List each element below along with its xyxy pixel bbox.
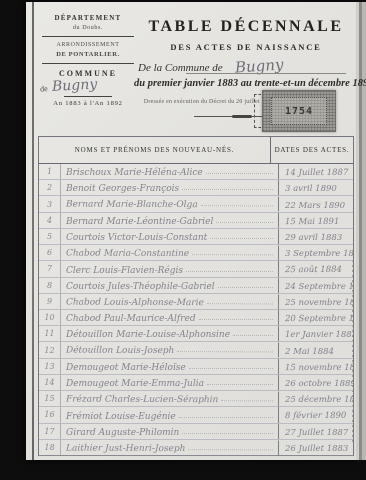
row-name-cell: Demougeot Marie-Héloïse bbox=[61, 359, 279, 374]
row-name: Girard Auguste-Philomin bbox=[66, 428, 179, 438]
row-name: Frémiot Louise-Eugénie bbox=[66, 412, 176, 422]
arrondissement-label: ARRONDISSEMENT bbox=[38, 42, 138, 48]
table-row: 15 Frézard Charles-Lucien-Séraphin 25 dé… bbox=[39, 391, 353, 407]
row-name-cell: Clerc Louis-Flavien-Régis bbox=[61, 261, 279, 276]
page-stack-edge bbox=[362, 2, 366, 460]
table-row: 12 Détouillon Louis-Joseph 2 Mai 1884 bbox=[39, 342, 353, 358]
dotted-leader bbox=[177, 352, 273, 353]
row-date: 3 avril 1890 bbox=[279, 180, 353, 195]
row-number: 15 bbox=[39, 391, 61, 406]
row-date: 20 Septembre 1888 bbox=[279, 310, 353, 326]
table-row: 4 Bernard Marie-Léontine-Gabriel 15 Mai … bbox=[39, 213, 353, 229]
row-name: Chabod Paul-Maurice-Alfred bbox=[66, 314, 196, 324]
dotted-leader bbox=[199, 319, 273, 320]
row-date: 25 août 1884 bbox=[279, 261, 353, 277]
row-number: 5 bbox=[39, 229, 61, 244]
row-name-cell: Chabod Louis-Alphonse-Marie bbox=[61, 293, 279, 309]
row-name-cell: Brischoux Marie-Héléna-Alice bbox=[61, 164, 279, 179]
arrondissement-value: DE PONTARLIER. bbox=[38, 51, 138, 58]
revenue-stamp: 1754 bbox=[262, 90, 336, 132]
row-number: 1 bbox=[39, 164, 61, 179]
row-name-cell: Courtois Victor-Louis-Constant bbox=[61, 229, 279, 244]
row-date: 8 février 1890 bbox=[279, 407, 353, 423]
dotted-leader bbox=[206, 173, 273, 174]
row-name-cell: Chabod Paul-Maurice-Alfred bbox=[61, 310, 279, 325]
table-row: 2 Benoit Georges-François 3 avril 1890 bbox=[39, 180, 353, 196]
row-date: 27 Juillet 1887 bbox=[279, 424, 353, 439]
page-title: TABLE DÉCENNALE bbox=[144, 18, 348, 36]
row-number: 16 bbox=[39, 407, 61, 422]
dotted-leader bbox=[210, 238, 273, 239]
table-row: 18 Laithier Just-Henri-Joseph 26 Juillet… bbox=[39, 440, 353, 455]
row-date: 1er Janvier 1883 bbox=[279, 326, 353, 341]
row-name: Courtois Victor-Louis-Constant bbox=[66, 233, 207, 243]
row-name: Frézard Charles-Lucien-Séraphin bbox=[66, 395, 218, 406]
page-stack-edge bbox=[356, 2, 359, 460]
dotted-leader bbox=[207, 303, 273, 304]
binding-rule bbox=[32, 2, 34, 460]
row-date: 2 Mai 1884 bbox=[279, 342, 353, 357]
stamp-bracket bbox=[254, 94, 261, 128]
row-name: Détouillon Louis-Joseph bbox=[66, 346, 174, 356]
divider bbox=[64, 96, 112, 97]
ornament-center bbox=[232, 115, 252, 118]
departement-value: du Doubs. bbox=[38, 25, 138, 31]
row-name: Chabod Louis-Alphonse-Marie bbox=[66, 298, 204, 309]
row-name: Courtois Jules-Théophile-Gabriel bbox=[66, 282, 215, 292]
document-page: DÉPARTEMENT du Doubs. ARRONDISSEMENT DE … bbox=[26, 2, 356, 460]
row-number: 8 bbox=[39, 278, 61, 293]
row-name: Laithier Just-Henri-Joseph bbox=[66, 443, 185, 454]
row-name-cell: Laithier Just-Henri-Joseph bbox=[61, 439, 279, 455]
departement-label: DÉPARTEMENT bbox=[38, 14, 138, 22]
page-stack-edge bbox=[359, 2, 362, 460]
commune-de: de bbox=[40, 84, 48, 93]
row-number: 14 bbox=[39, 375, 61, 390]
dotted-leader bbox=[216, 222, 273, 223]
page-subtitle: DES ACTES DE NAISSANCE bbox=[144, 42, 348, 52]
row-name: Clerc Louis-Flavien-Régis bbox=[66, 266, 183, 276]
margin-header-block: DÉPARTEMENT du Doubs. ARRONDISSEMENT DE … bbox=[38, 14, 138, 107]
commune-name-script: Bugny bbox=[52, 77, 98, 95]
dotted-leader bbox=[188, 449, 273, 450]
row-date: 26 Juillet 1883 bbox=[279, 440, 353, 455]
row-number: 13 bbox=[39, 359, 61, 374]
row-name-cell: Bernard Marie-Léontine-Gabriel bbox=[61, 213, 279, 228]
row-date: 25 novembre 1886 bbox=[279, 294, 353, 309]
dotted-leader bbox=[192, 254, 273, 255]
table-row: 1 Brischoux Marie-Héléna-Alice 14 Juille… bbox=[39, 164, 353, 180]
dotted-leader bbox=[233, 335, 273, 336]
table-row: 14 Demougeot Marie-Emma-Julia 26 octobre… bbox=[39, 375, 353, 391]
row-date: 14 Juillet 1887 bbox=[279, 164, 353, 180]
row-name-cell: Détouillon Marie-Louise-Alphonsine bbox=[61, 326, 279, 341]
row-date: 24 Septembre 1884 bbox=[279, 278, 353, 293]
row-name-cell: Bernard Marie-Blanche-Olga bbox=[61, 196, 279, 212]
row-number: 17 bbox=[39, 424, 61, 439]
table-row: 17 Girard Auguste-Philomin 27 Juillet 18… bbox=[39, 424, 353, 440]
row-name: Bernard Marie-Léontine-Gabriel bbox=[66, 217, 213, 227]
table-rows: 1 Brischoux Marie-Héléna-Alice 14 Juille… bbox=[39, 164, 353, 455]
row-number: 6 bbox=[39, 245, 61, 260]
row-date: 22 Mars 1890 bbox=[279, 196, 353, 211]
dotted-leader bbox=[218, 287, 273, 288]
stamp-frame: 1754 bbox=[271, 97, 327, 125]
dotted-leader bbox=[201, 206, 273, 207]
row-date: 25 décembre 1887 bbox=[279, 391, 353, 406]
row-number: 2 bbox=[39, 180, 61, 195]
stamp-number: 1754 bbox=[285, 106, 313, 117]
divider bbox=[42, 36, 134, 37]
row-name-cell: Demougeot Marie-Emma-Julia bbox=[61, 375, 279, 390]
row-name-cell: Courtois Jules-Théophile-Gabriel bbox=[61, 278, 279, 293]
row-date: 26 octobre 1889 bbox=[279, 375, 353, 390]
row-name-cell: Frézard Charles-Lucien-Séraphin bbox=[61, 391, 279, 407]
row-name-cell: Chabod Maria-Constantine bbox=[61, 245, 279, 261]
row-number: 10 bbox=[39, 310, 61, 325]
row-name-cell: Détouillon Louis-Joseph bbox=[61, 342, 279, 358]
column-header-dates: DATES DES ACTES. bbox=[271, 137, 353, 163]
row-number: 4 bbox=[39, 213, 61, 228]
row-number: 12 bbox=[39, 342, 61, 357]
row-number: 18 bbox=[39, 440, 61, 455]
table-row: 13 Demougeot Marie-Héloïse 15 novembre 1… bbox=[39, 359, 353, 375]
row-name: Demougeot Marie-Héloïse bbox=[66, 363, 186, 373]
row-date: 15 Mai 1891 bbox=[279, 212, 353, 228]
row-date: 15 novembre 1881 bbox=[279, 358, 353, 374]
table-header-row: NOMS ET PRÉNOMS DES NOUVEAU-NÉS. DATES D… bbox=[39, 137, 353, 164]
table-row: 10 Chabod Paul-Maurice-Alfred 20 Septemb… bbox=[39, 310, 353, 326]
divider bbox=[42, 63, 134, 64]
commune-underline bbox=[186, 73, 346, 74]
row-number: 11 bbox=[39, 326, 61, 341]
table-row: 16 Frémiot Louise-Eugénie 8 février 1890 bbox=[39, 407, 353, 423]
row-name: Benoit Georges-François bbox=[66, 184, 179, 194]
table-row: 3 Bernard Marie-Blanche-Olga 22 Mars 189… bbox=[39, 196, 353, 212]
row-name: Bernard Marie-Blanche-Olga bbox=[66, 200, 198, 211]
period-line: du premier janvier 1883 au trente-et-un … bbox=[134, 78, 356, 89]
table-row: 6 Chabod Maria-Constantine 3 Septembre 1… bbox=[39, 245, 353, 261]
row-name: Détouillon Marie-Louise-Alphonsine bbox=[66, 330, 230, 340]
row-date: 3 Septembre 1884 bbox=[279, 245, 353, 260]
dotted-leader bbox=[182, 433, 273, 434]
row-date: 29 avril 1883 bbox=[279, 229, 353, 244]
row-name: Brischoux Marie-Héléna-Alice bbox=[66, 168, 203, 178]
table-row: 7 Clerc Louis-Flavien-Régis 25 août 1884 bbox=[39, 261, 353, 277]
row-name-cell: Girard Auguste-Philomin bbox=[61, 424, 279, 439]
records-table: NOMS ET PRÉNOMS DES NOUVEAU-NÉS. DATES D… bbox=[38, 136, 354, 456]
dotted-leader bbox=[221, 401, 273, 402]
row-name-cell: Benoit Georges-François bbox=[61, 180, 279, 195]
dotted-leader bbox=[186, 271, 273, 272]
table-row: 11 Détouillon Marie-Louise-Alphonsine 1e… bbox=[39, 326, 353, 342]
row-name: Chabod Maria-Constantine bbox=[66, 249, 189, 260]
dotted-leader bbox=[189, 368, 273, 369]
table-row: 8 Courtois Jules-Théophile-Gabriel 24 Se… bbox=[39, 278, 353, 294]
years-range: An 1883 à l'An 1892 bbox=[38, 100, 138, 107]
row-number: 7 bbox=[39, 261, 61, 276]
row-name-cell: Frémiot Louise-Eugénie bbox=[61, 407, 279, 422]
dotted-leader bbox=[179, 417, 273, 418]
row-number: 3 bbox=[39, 196, 61, 211]
column-header-names: NOMS ET PRÉNOMS DES NOUVEAU-NÉS. bbox=[39, 137, 271, 163]
row-number: 9 bbox=[39, 294, 61, 309]
table-row: 5 Courtois Victor-Louis-Constant 29 avri… bbox=[39, 229, 353, 245]
dotted-leader bbox=[182, 189, 273, 190]
dotted-leader bbox=[207, 384, 273, 385]
row-name: Demougeot Marie-Emma-Julia bbox=[66, 379, 204, 389]
table-row: 9 Chabod Louis-Alphonse-Marie 25 novembr… bbox=[39, 294, 353, 310]
